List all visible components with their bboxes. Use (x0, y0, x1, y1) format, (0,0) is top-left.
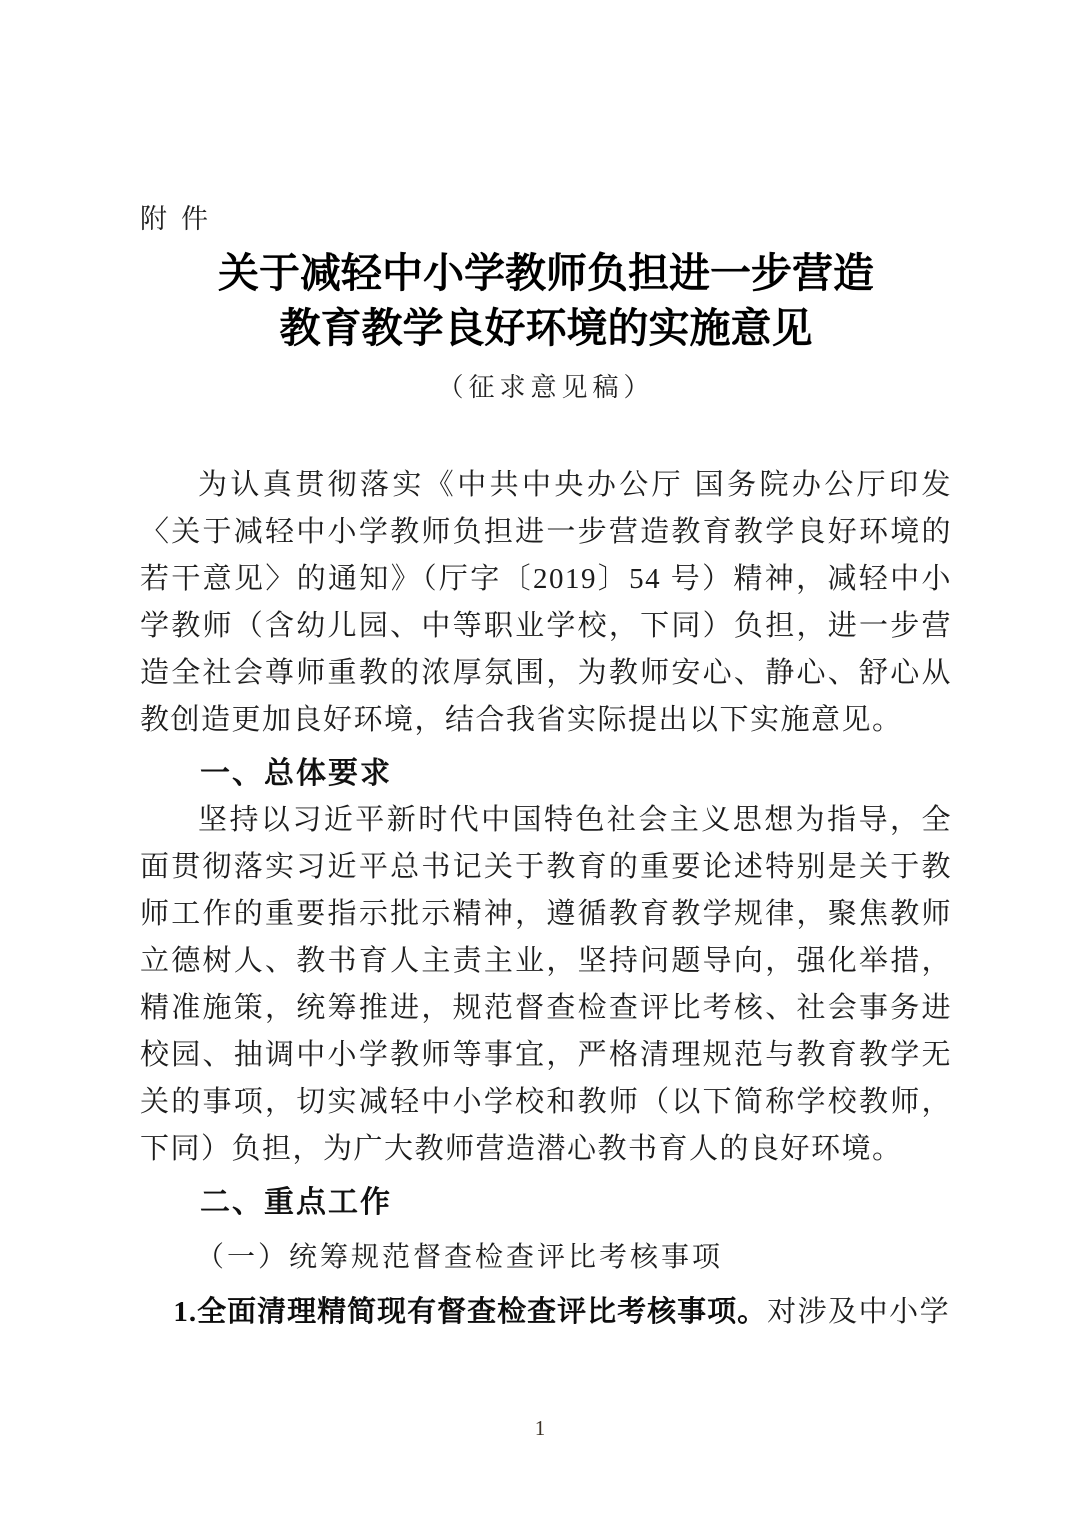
section1-paragraph: 坚持以习近平新时代中国特色社会主义思想为指导，全面贯彻落实习近平总书记关于教育的… (140, 797, 952, 1173)
item-1-line: 1.全面清理精简现有督查检查评比考核事项。对涉及中小学 (140, 1289, 952, 1336)
document-subtitle: （征求意见稿） (140, 370, 952, 406)
attachment-label: 附件 (140, 202, 952, 236)
document-title-line2: 教育教学良好环境的实施意见 (140, 301, 952, 356)
subsection-heading-inspection-items: （一）统筹规范督查检查评比考核事项 (140, 1234, 952, 1281)
document-title: 关于减轻中小学教师负担进一步营造 教育教学良好环境的实施意见 (140, 246, 952, 356)
document-title-line1: 关于减轻中小学教师负担进一步营造 (140, 246, 952, 301)
section-heading-key-tasks: 二、重点工作 (140, 1179, 952, 1226)
intro-paragraph: 为认真贯彻落实《中共中央办公厅 国务院办公厅印发〈关于减轻中小学教师负担进一步营… (140, 462, 952, 744)
document-content: 附件 关于减轻中小学教师负担进一步营造 教育教学良好环境的实施意见 （征求意见稿… (140, 202, 952, 1336)
page-number: 1 (0, 1416, 1080, 1441)
item-1-bold-lead: 1.全面清理精简现有督查检查评比考核事项。 (173, 1296, 767, 1328)
section-heading-overall-requirements: 一、总体要求 (140, 750, 952, 797)
document-page: 附件 关于减轻中小学教师负担进一步营造 教育教学良好环境的实施意见 （征求意见稿… (0, 0, 1080, 1527)
item-1-continuation: 对涉及中小学 (767, 1296, 950, 1328)
